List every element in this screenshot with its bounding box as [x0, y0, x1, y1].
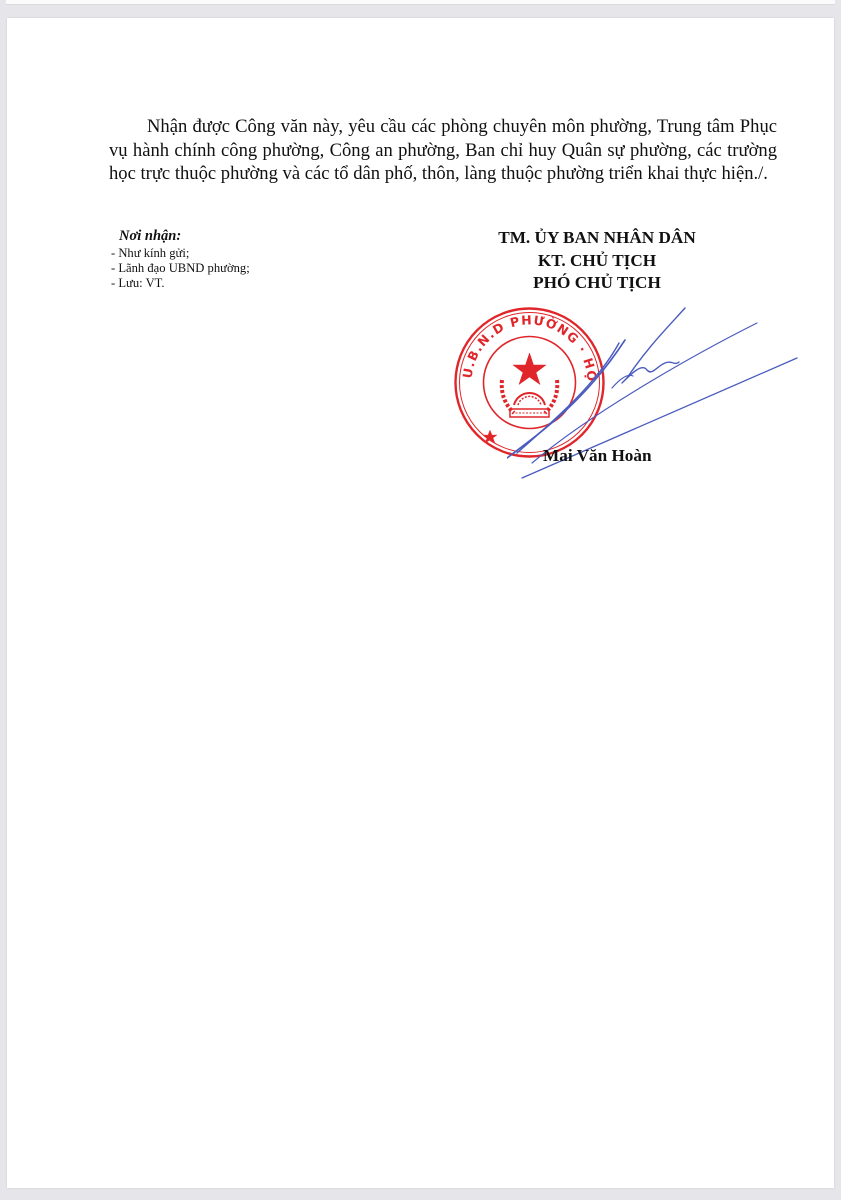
body-paragraph: Nhận được Công văn này, yêu cầu các phòn… — [109, 115, 777, 186]
document-page: Nhận được Công văn này, yêu cầu các phòn… — [7, 18, 834, 1188]
signature-title-line2: KT. CHỦ TỊCH — [457, 250, 737, 273]
recipients-section: Nơi nhận: - Như kính gửi; - Lãnh đạo UBN… — [111, 228, 371, 291]
signature-block: TM. ỦY BAN NHÂN DÂN KT. CHỦ TỊCH PHÓ CHỦ… — [457, 227, 737, 295]
recipient-item: - Như kính gửi; — [111, 246, 371, 261]
signature-title-line1: TM. ỦY BAN NHÂN DÂN — [457, 227, 737, 250]
previous-page-edge — [6, 0, 835, 5]
recipient-item: - Lưu: VT. — [111, 276, 371, 291]
recipients-title: Nơi nhận: — [119, 228, 371, 245]
recipient-item: - Lãnh đạo UBND phường; — [111, 261, 371, 276]
signer-name: Mai Văn Hoàn — [543, 445, 652, 467]
